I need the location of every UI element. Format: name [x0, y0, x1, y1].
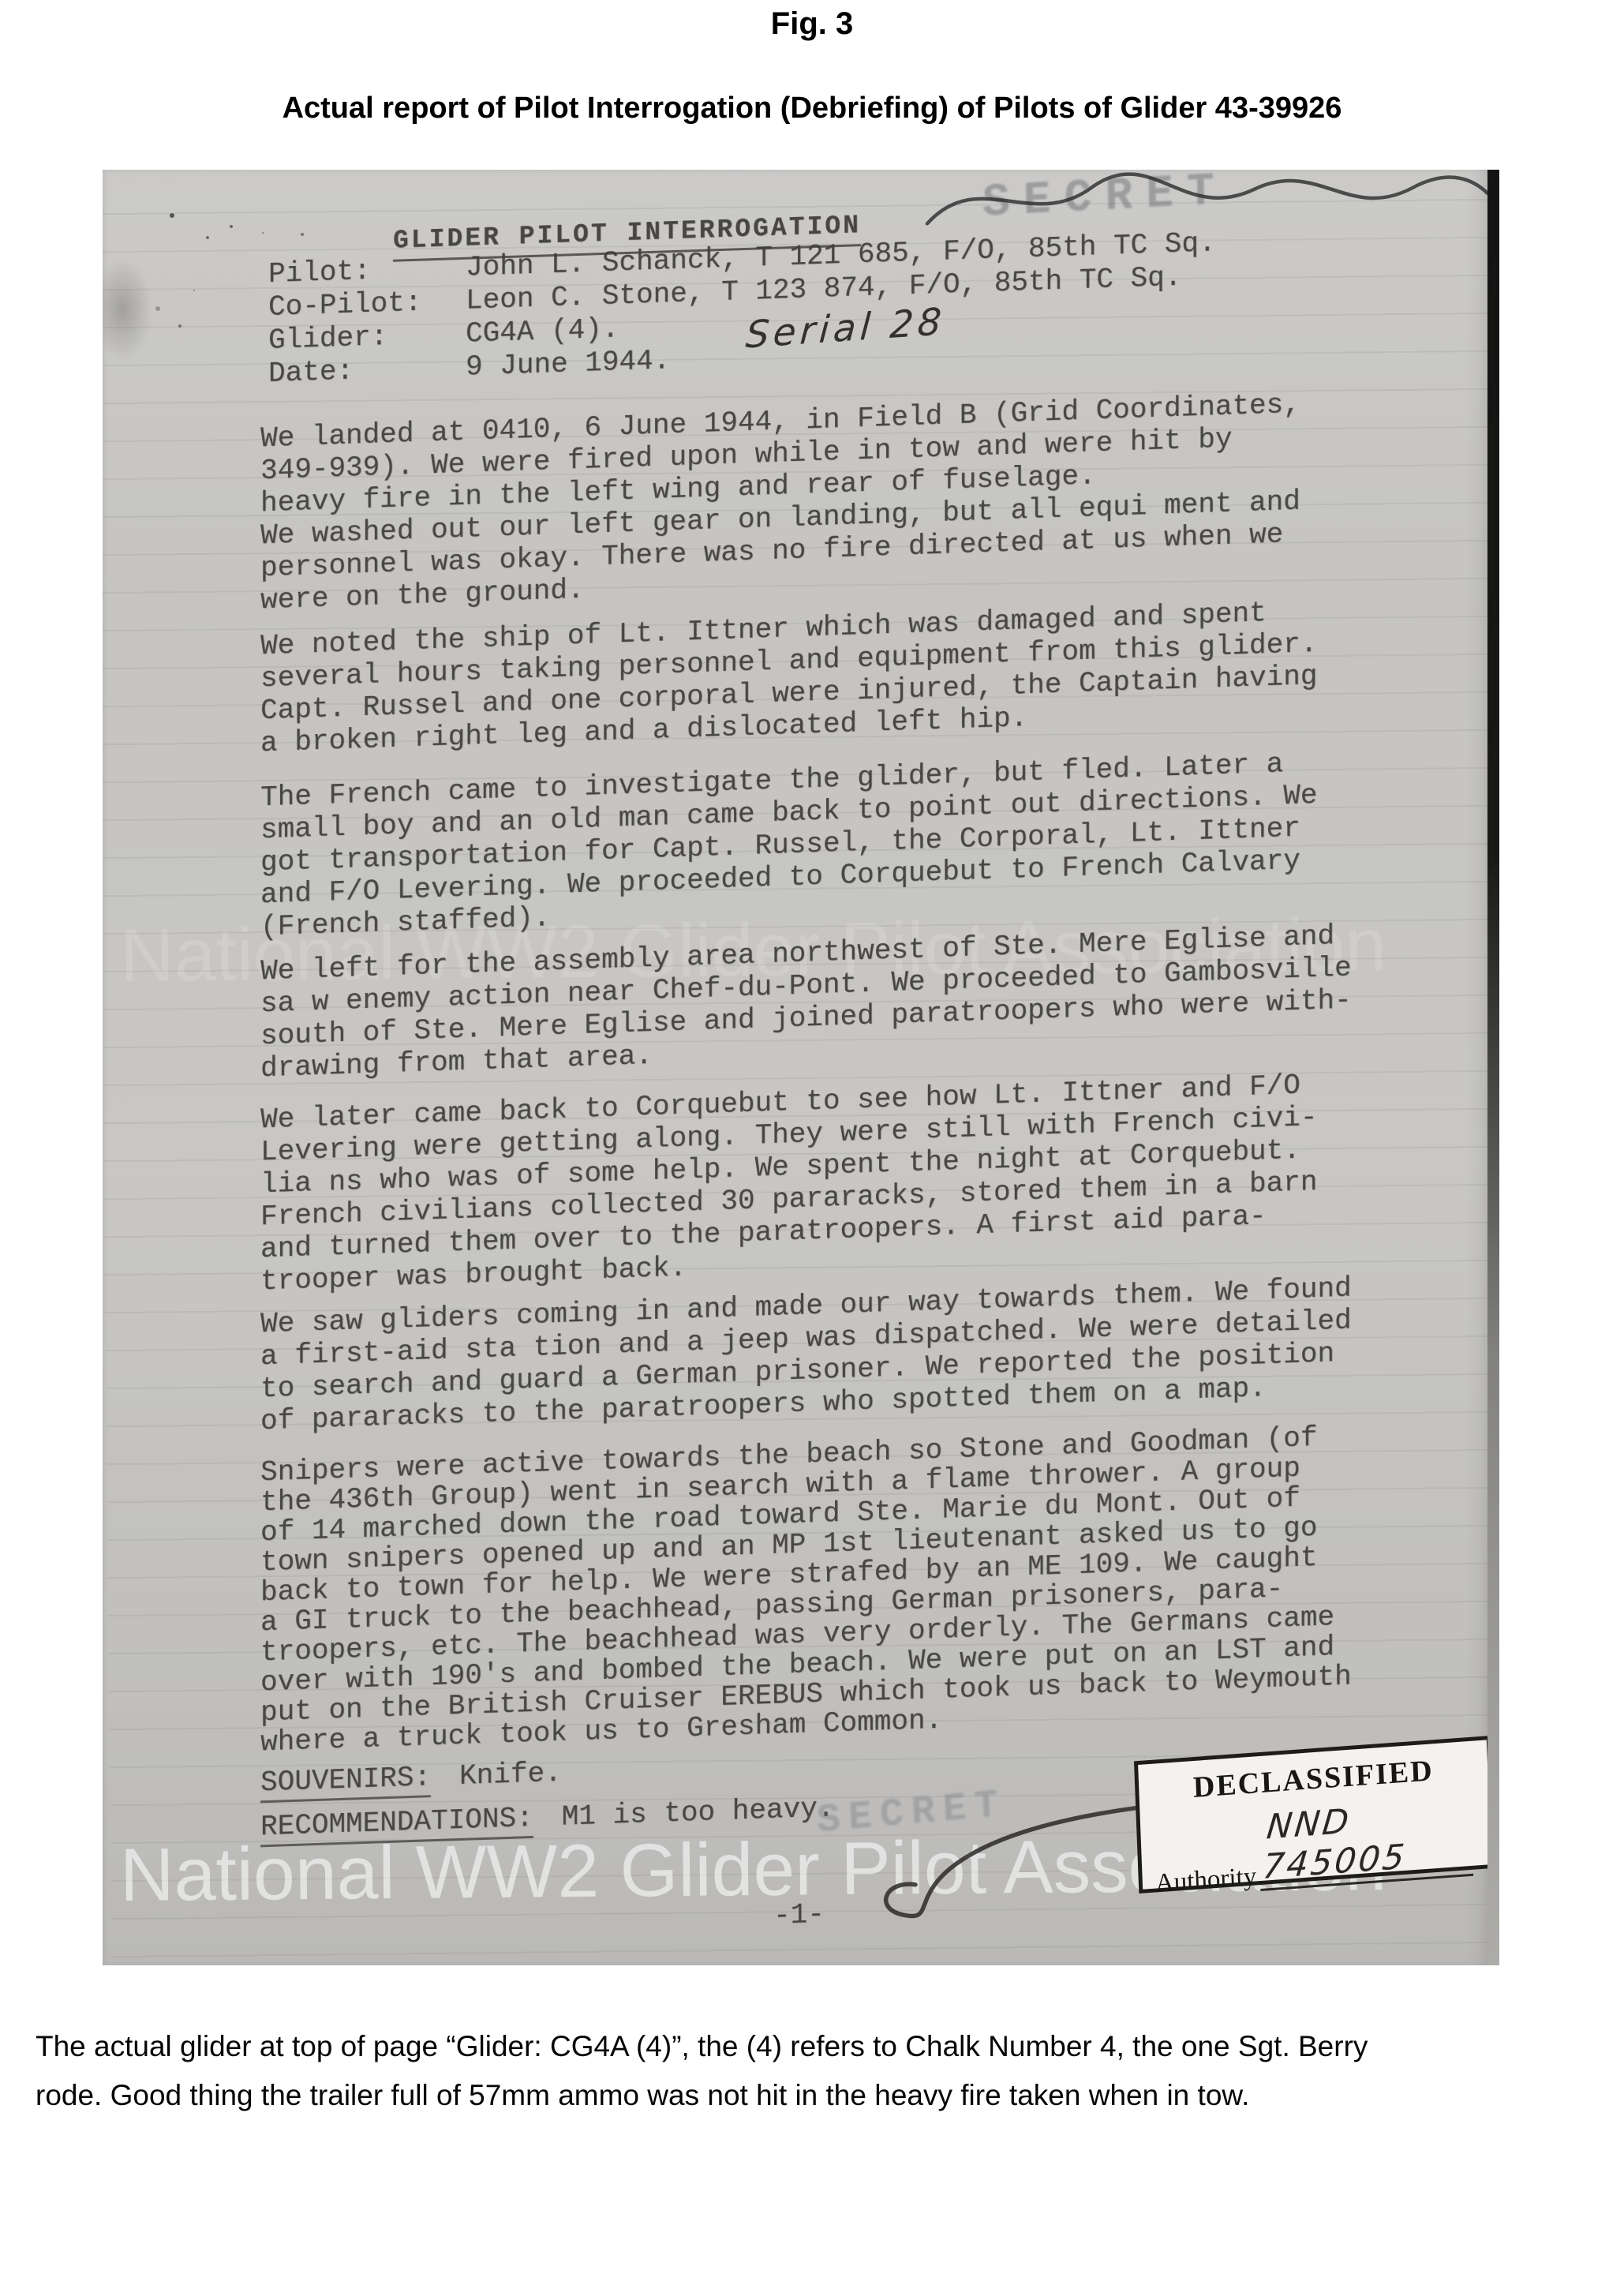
scan-edge-shadow	[1487, 170, 1499, 1965]
field-glider-value: CG4A (4).	[466, 313, 619, 350]
declassified-stamp: DECLASSIFIED Authority NND 745005	[1134, 1736, 1495, 1894]
field-copilot-label: Co-Pilot:	[268, 285, 466, 324]
handwritten-serial-annotation: Serial 28	[744, 300, 946, 357]
declassified-authority-label: Authority	[1154, 1862, 1257, 1898]
document-scan: National WW2 Glider Pilot Association Na…	[103, 170, 1499, 1965]
page: Fig. 3 Actual report of Pilot Interrogat…	[0, 0, 1624, 2270]
figure-label: Fig. 3	[0, 6, 1624, 42]
report-paragraph-4: The French came to investigate the glide…	[260, 747, 1317, 943]
declassified-authority-value: NND 745005	[1261, 1792, 1482, 1891]
report-paragraph-5: We left for the assembly area northwest …	[260, 919, 1352, 1084]
page-number: -1-	[773, 1898, 825, 1932]
recommendations-label: RECOMMENDATIONS:	[260, 1802, 533, 1847]
report-paragraph-7: We saw gliders coming in and made our wa…	[260, 1272, 1352, 1437]
report-paragraph-6: We later came back to Corquebut to see h…	[260, 1069, 1317, 1298]
souvenirs-value: Knife.	[459, 1757, 562, 1792]
field-pilot-label: Pilot:	[268, 252, 466, 290]
report-paragraph-3: We noted the ship of Lt. Ittner which wa…	[260, 595, 1317, 759]
figure-subtitle: Actual report of Pilot Interrogation (De…	[0, 92, 1624, 125]
field-glider-label: Glider:	[268, 318, 466, 357]
typed-content: GLIDER PILOT INTERROGATION SECRET Pilot:…	[103, 170, 1499, 1965]
souvenirs-label: SOUVENIRS:	[260, 1761, 431, 1803]
souvenirs-row: SOUVENIRS:Knife.	[260, 1757, 562, 1800]
field-date-value: 9 June 1944.	[466, 344, 670, 384]
recommendations-value: M1 is too heavy.	[562, 1792, 835, 1833]
report-paragraph-8: Snipers were active towards the beach so…	[260, 1422, 1352, 1758]
declassified-authority-row: Authority NND 745005	[1153, 1792, 1480, 1898]
field-date-label: Date:	[268, 351, 466, 390]
figure-caption: The actual glider at top of page “Glider…	[36, 2022, 1594, 2120]
